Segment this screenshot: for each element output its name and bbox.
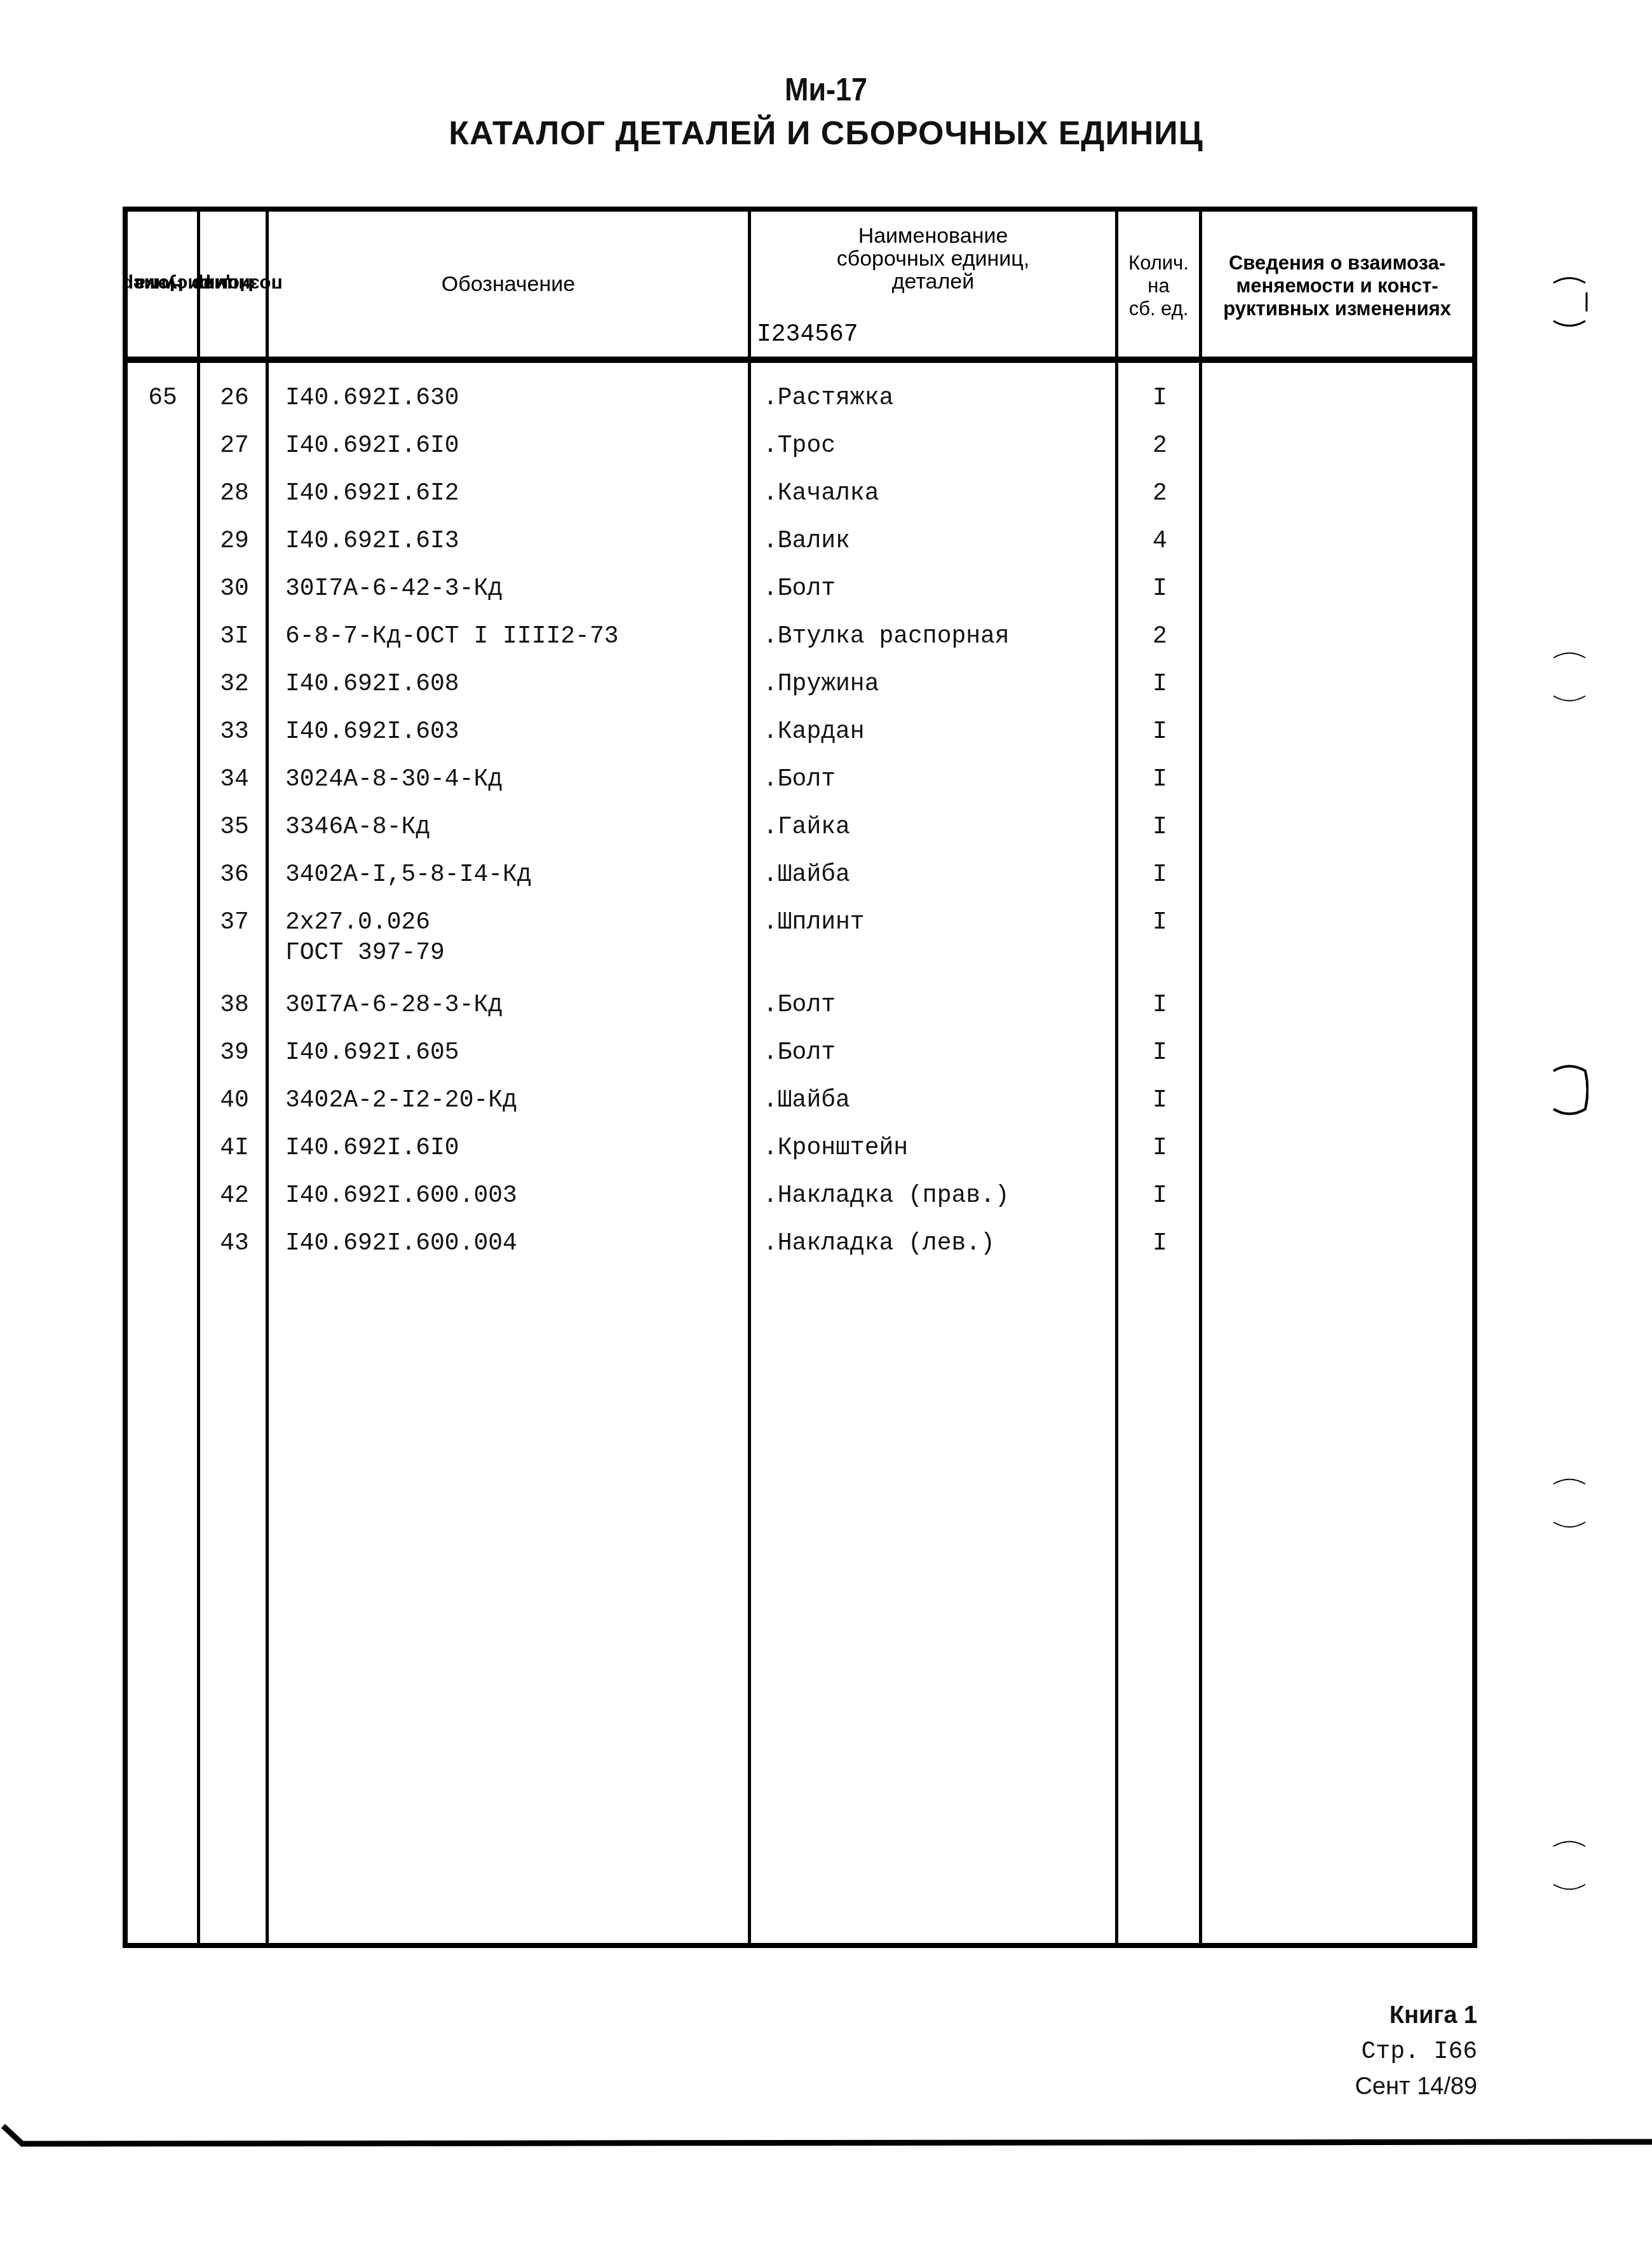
designation-line: I40.692I.6I0	[285, 431, 459, 461]
cell-name: .Растяжка	[763, 383, 893, 414]
cell-designation: I40.692I.608	[285, 669, 459, 700]
header-line: руктивных изменениях	[1202, 297, 1472, 320]
cell-name: .Шайба	[763, 1086, 850, 1116]
page-bottom-rule	[0, 2097, 1652, 2148]
header-position-number: Номерпозиции	[200, 212, 266, 357]
designation-line: ГОСТ 397-79	[285, 938, 445, 969]
designation-line: 3346A-8-Кд	[285, 812, 430, 843]
binder-hole-icon	[1550, 273, 1588, 330]
cell-position-number: 38	[203, 990, 266, 1021]
cell-quantity: I	[1120, 383, 1200, 414]
header-line: Наименование	[751, 224, 1115, 247]
cell-quantity: I	[1120, 765, 1200, 795]
cell-quantity: 2	[1120, 479, 1200, 509]
designation-line: 3024A-8-30-4-Кд	[285, 765, 503, 795]
cell-position-number: 42	[203, 1181, 266, 1211]
cell-position-number: 35	[203, 812, 266, 843]
cell-position-number: 27	[203, 431, 266, 461]
cell-position-number: 29	[203, 526, 266, 557]
cell-quantity: 2	[1120, 431, 1200, 461]
cell-designation: 3346A-8-Кд	[285, 812, 430, 843]
cell-position-number: 37	[203, 908, 266, 938]
footer-page: Стр. I66	[1362, 2038, 1477, 2066]
header-line: Сведения о взаимоза-	[1202, 252, 1472, 275]
designation-line: 30I7A-6-28-3-Кд	[285, 990, 503, 1021]
cell-name: .Болт	[763, 1038, 836, 1068]
footer-date: Сент 14/89	[1355, 2073, 1477, 2101]
header-line: сб. ед.	[1118, 297, 1199, 320]
header-line: Колич.	[1118, 252, 1199, 275]
cell-quantity: I	[1120, 1086, 1200, 1116]
cell-quantity: I	[1120, 1038, 1200, 1068]
cell-position-number: 4I	[203, 1133, 266, 1164]
designation-line: I40.692I.6I0	[285, 1133, 459, 1164]
binder-hole-icon	[1550, 1475, 1588, 1532]
cell-name: .Шплинт	[763, 908, 865, 938]
cell-name: .Болт	[763, 990, 836, 1021]
cell-designation: 3024A-8-30-4-Кд	[285, 765, 503, 795]
cell-position-number: 3I	[203, 622, 266, 652]
cell-designation: I40.692I.630	[285, 383, 459, 414]
cell-designation: I40.692I.600.004	[285, 1229, 517, 1259]
cell-quantity: I	[1120, 717, 1200, 747]
cell-name: .Кардан	[763, 717, 865, 747]
column-divider	[1199, 212, 1202, 1943]
header-line: деталей	[751, 270, 1115, 293]
cell-position-number: 30	[203, 574, 266, 604]
cell-quantity: I	[1120, 908, 1200, 938]
cell-quantity: I	[1120, 1133, 1200, 1164]
cell-designation: 2x27.0.026ГОСТ 397-79	[285, 908, 445, 969]
cell-name: .Валик	[763, 526, 850, 557]
cell-quantity: 2	[1120, 622, 1200, 652]
cell-quantity: 4	[1120, 526, 1200, 557]
cell-position-number: 34	[203, 765, 266, 795]
designation-line: I40.692I.603	[285, 717, 459, 747]
designation-line: 6-8-7-Кд-ОСТ I IIII2-73	[285, 622, 619, 652]
cell-position-number: 36	[203, 860, 266, 890]
header-line: на	[1118, 275, 1199, 297]
header-name-level-scale: I234567	[757, 321, 858, 348]
designation-line: I40.692I.6I3	[285, 526, 459, 557]
cell-designation: 30I7A-6-42-3-Кд	[285, 574, 503, 604]
designation-line: I40.692I.605	[285, 1038, 459, 1068]
cell-name: .Болт	[763, 574, 836, 604]
designation-line: I40.692I.630	[285, 383, 459, 414]
cell-figure-number: 65	[128, 383, 198, 414]
cell-quantity: I	[1120, 812, 1200, 843]
cell-quantity: I	[1120, 1229, 1200, 1259]
cell-name: .Трос	[763, 431, 836, 461]
designation-line: I40.692I.608	[285, 669, 459, 700]
column-divider	[266, 212, 269, 1943]
designation-line: I40.692I.600.003	[285, 1181, 517, 1211]
cell-position-number: 40	[203, 1086, 266, 1116]
cell-designation: I40.692I.6I3	[285, 526, 459, 557]
header-separator	[128, 357, 1472, 363]
designation-line: 3402A-2-I2-20-Кд	[285, 1086, 517, 1116]
aircraft-title: Ми-17	[83, 71, 1569, 108]
cell-designation: I40.692I.6I0	[285, 1133, 459, 1164]
cell-name: .Качалка	[763, 479, 879, 509]
cell-quantity: I	[1120, 574, 1200, 604]
cell-position-number: 43	[203, 1229, 266, 1259]
cell-name: .Шайба	[763, 860, 850, 890]
column-divider	[197, 212, 200, 1943]
cell-position-number: 33	[203, 717, 266, 747]
cell-name: .Болт	[763, 765, 836, 795]
column-divider	[748, 212, 751, 1943]
designation-line: I40.692I.6I2	[285, 479, 459, 509]
footer-book: Книга 1	[1390, 2002, 1477, 2029]
cell-quantity: I	[1120, 860, 1200, 890]
cell-quantity: I	[1120, 669, 1200, 700]
cell-designation: I40.692I.605	[285, 1038, 459, 1068]
cell-designation: 6-8-7-Кд-ОСТ I IIII2-73	[285, 622, 619, 652]
cell-designation: 3402A-2-I2-20-Кд	[285, 1086, 517, 1116]
cell-name: .Гайка	[763, 812, 850, 843]
cell-position-number: 32	[203, 669, 266, 700]
header-line: сборочных единиц,	[751, 247, 1115, 270]
cell-name: .Кронштейн	[763, 1133, 908, 1164]
binder-hole-icon	[1550, 1061, 1588, 1119]
cell-name: .Втулка распорная	[763, 622, 1010, 652]
binder-hole-icon	[1550, 648, 1588, 705]
header-interchangeability: Сведения о взаимоза- меняемости и конст-…	[1202, 252, 1472, 320]
cell-designation: 3402A-I,5-8-I4-Кд	[285, 860, 532, 890]
cell-position-number: 28	[203, 479, 266, 509]
designation-line: 30I7A-6-42-3-Кд	[285, 574, 503, 604]
cell-designation: I40.692I.603	[285, 717, 459, 747]
parts-table: Номеррисунка Номерпозиции Обозначение На…	[123, 207, 1477, 1948]
designation-line: 2x27.0.026	[285, 908, 445, 938]
cell-name: .Пружина	[763, 669, 879, 700]
cell-name: .Накладка (лев.)	[763, 1229, 995, 1259]
cell-designation: 30I7A-6-28-3-Кд	[285, 990, 503, 1021]
cell-quantity: I	[1120, 1181, 1200, 1211]
header-line: меняемости и конст-	[1202, 275, 1472, 297]
header-quantity: Колич. на сб. ед.	[1118, 252, 1199, 320]
binder-hole-icon	[1550, 1837, 1588, 1894]
cell-position-number: 26	[203, 383, 266, 414]
cell-designation: I40.692I.600.003	[285, 1181, 517, 1211]
column-divider	[1115, 212, 1118, 1943]
cell-designation: I40.692I.6I0	[285, 431, 459, 461]
header-designation: Обозначение	[269, 273, 748, 296]
cell-position-number: 39	[203, 1038, 266, 1068]
cell-quantity: I	[1120, 990, 1200, 1021]
designation-line: 3402A-I,5-8-I4-Кд	[285, 860, 532, 890]
cell-name: .Накладка (прав.)	[763, 1181, 1010, 1211]
cell-designation: I40.692I.6I2	[285, 479, 459, 509]
header-name: Наименование сборочных единиц, деталей	[751, 224, 1115, 293]
catalog-title: КАТАЛОГ ДЕТАЛЕЙ И СБОРОЧНЫХ ЕДИНИЦ	[0, 114, 1652, 153]
designation-line: I40.692I.600.004	[285, 1229, 517, 1259]
